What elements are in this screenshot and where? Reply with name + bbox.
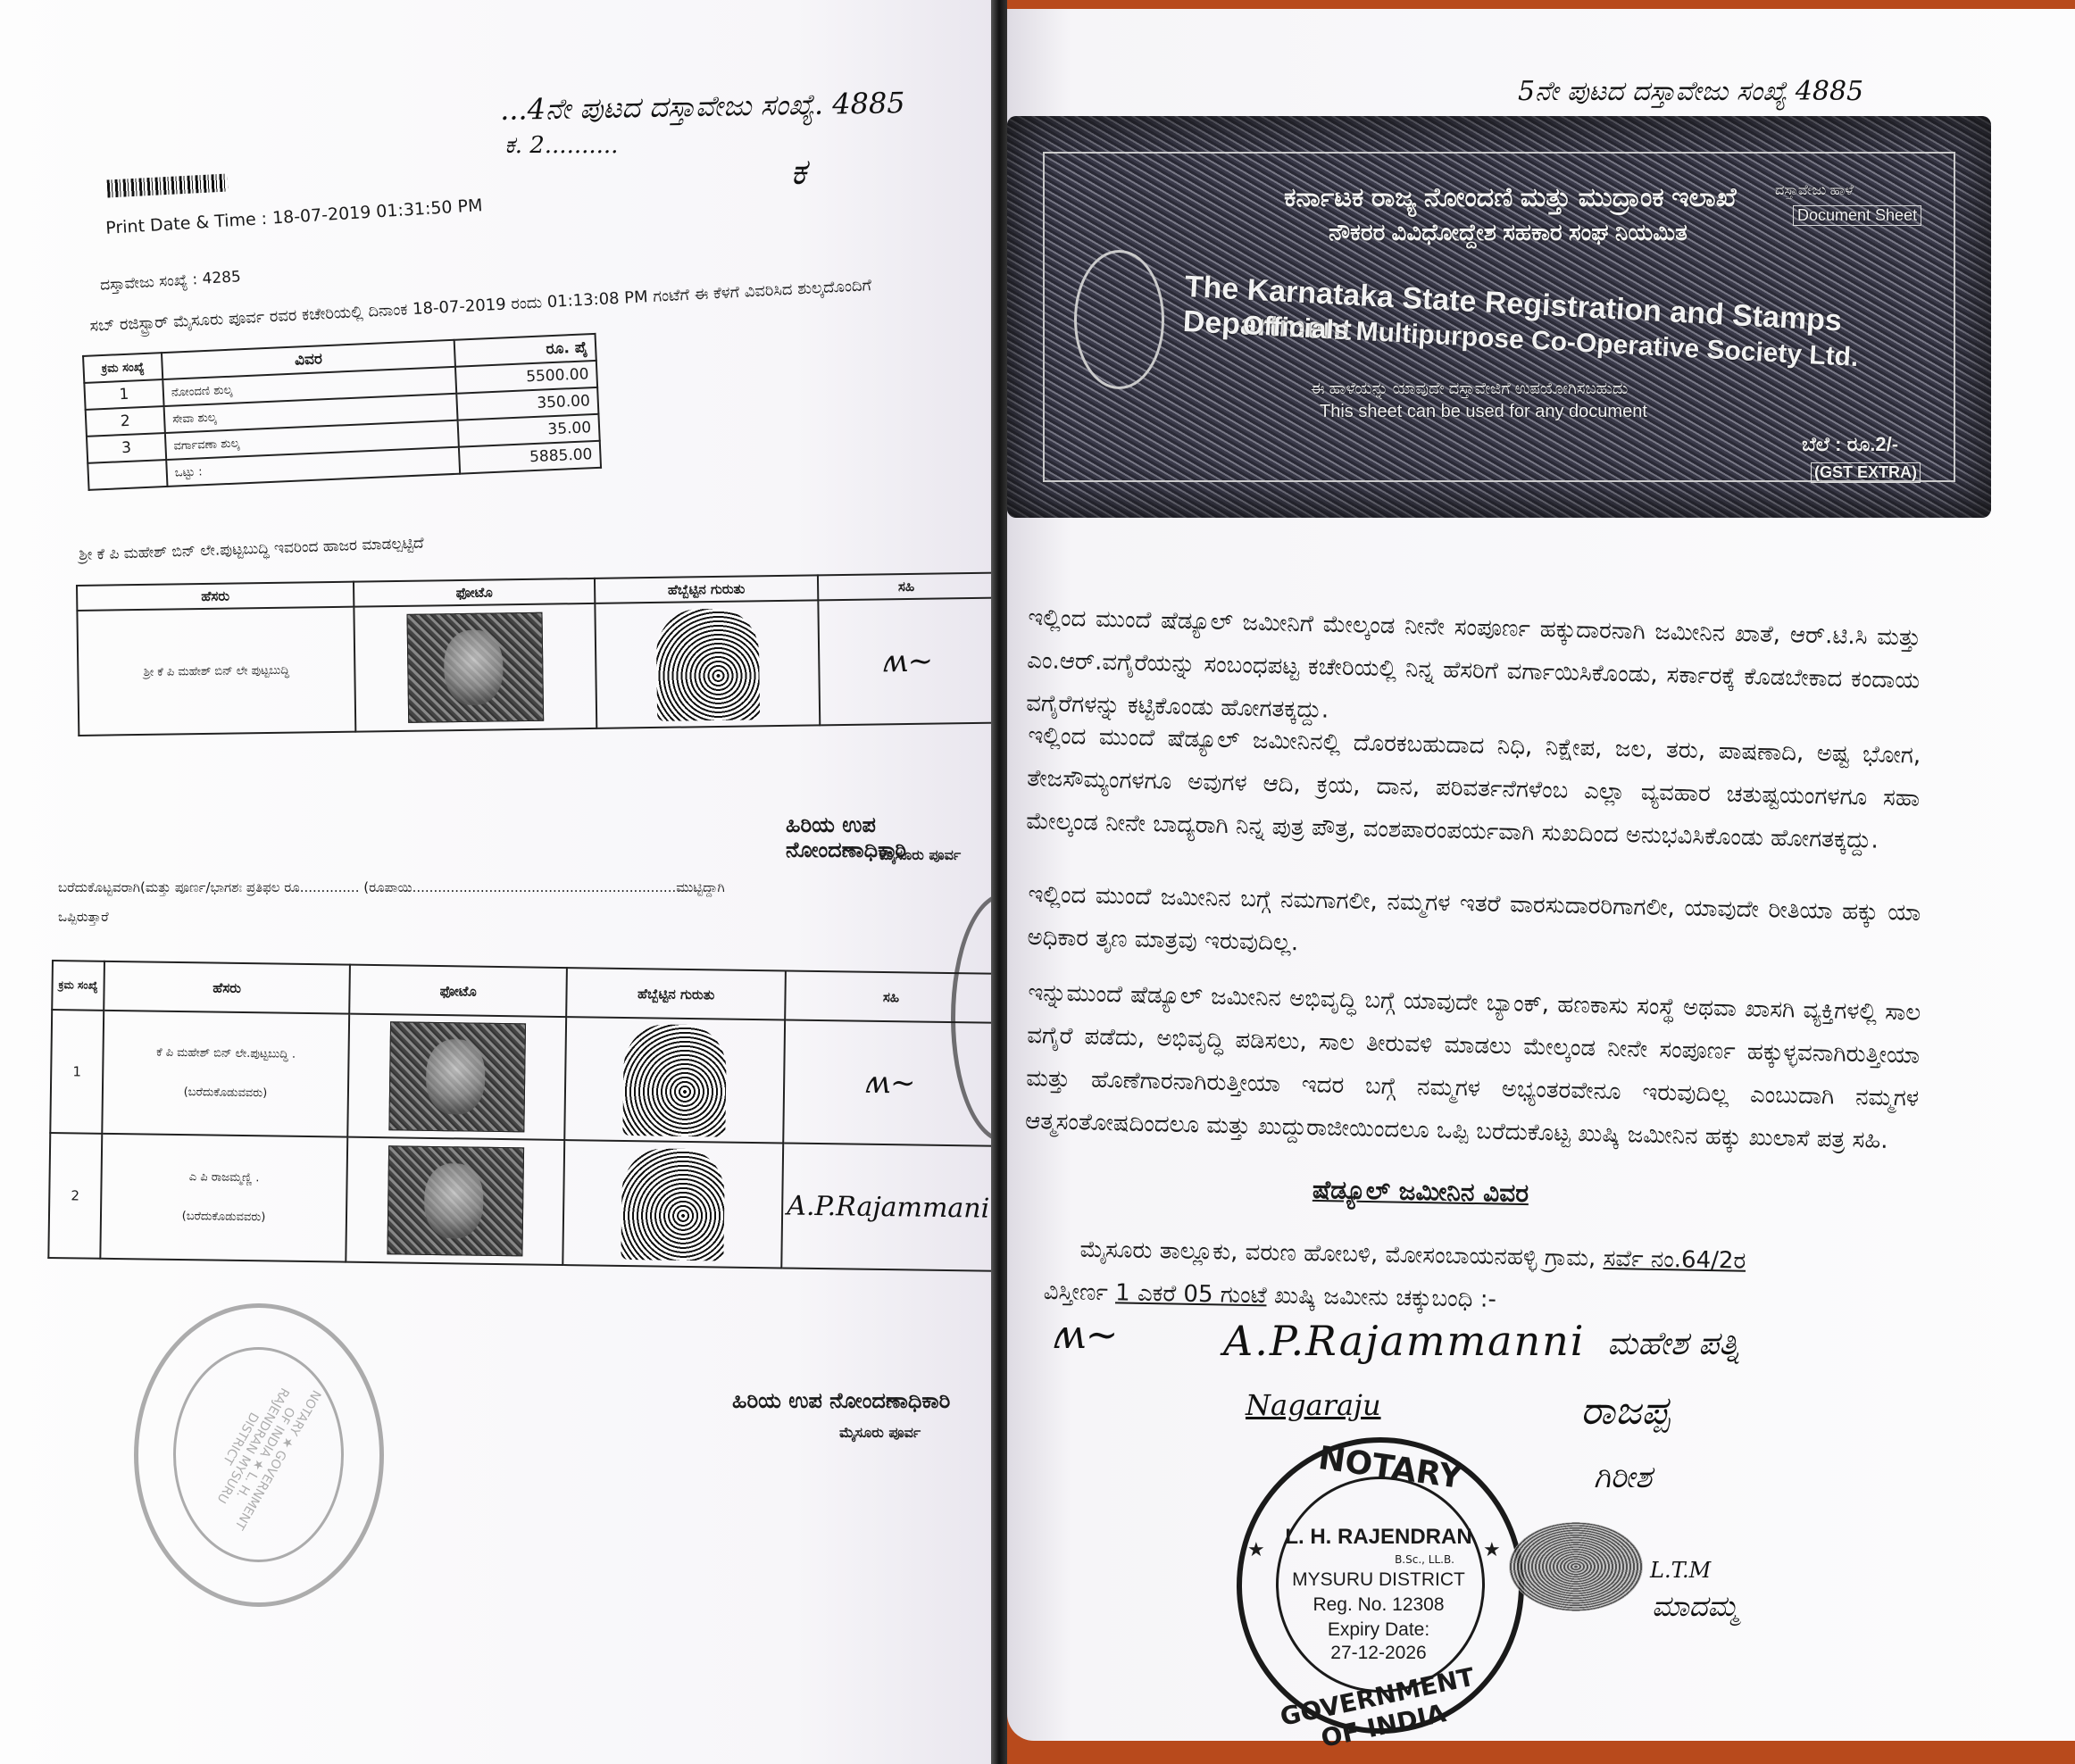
document-sheet-label: Document Sheet xyxy=(1793,205,1921,226)
officer-sign-2: ಹಿರಿಯ ಉಪ ನೋಂದಣಾಧಿಕಾರಿ xyxy=(732,1388,950,1413)
star-icon: ★ xyxy=(1247,1539,1265,1561)
notary-reg-no: Reg. No. 12308 xyxy=(1285,1594,1472,1616)
executant-signature: A.P.Rajammani xyxy=(781,1143,995,1270)
ltm-name: ಮಾದಮ್ಮ xyxy=(1652,1589,1738,1624)
thumbprint-icon xyxy=(1509,1522,1643,1611)
executant-row: 2 ಎ ಪಿ ರಾಜಮ್ಮಣ್ಣಿ . (ಬರೆದುಕೊಡುವವರು) A.P.… xyxy=(48,1133,995,1271)
land-area: 1 ಎಕರೆ 05 ಗುಂಟೆ xyxy=(1115,1279,1267,1309)
executant-row: 1 ಕೆ ಪಿ ಮಹೇಶ್ ಬಿನ್ ಲೇ.ಪುಟ್ಟಬುದ್ಧಿ . (ಬರೆ… xyxy=(50,1010,996,1146)
paragraph-4: ಇನ್ನುಮುಂದೆ ಷೆಡ್ಯೂಲ್ ಜಮೀನಿನ ಅಭಿವೃದ್ಧಿ ಬಗ್… xyxy=(1025,971,1921,1163)
paragraph-2: ಇಲ್ಲಿಂದ ಮುಂದೆ ಷೆಡ್ಯೂಲ್ ಜಮೀನಿನಲ್ಲಿ ದೊರಕಬಹ… xyxy=(1026,714,1921,863)
thumbprint-icon xyxy=(655,608,760,721)
notary-seal-faint: NOTARY ★ GOVERNMENT OF INDIA ★ L. H. RAJ… xyxy=(134,1303,384,1607)
star-icon: ★ xyxy=(1483,1539,1501,1561)
presenter-photo xyxy=(406,612,544,723)
stamp-paper: ಕರ್ನಾಟಕ ರಾಜ್ಯ ನೋಂದಣಿ ಮತ್ತು ಮುದ್ರಾಂಕ ಇಲಾಖ… xyxy=(1007,116,1991,518)
document-number: ದಸ್ತಾವೇಜು ಸಂಖ್ಯೆ : 4285 xyxy=(100,268,242,295)
presenter-table: ಹೆಸರು ಫೋಟೊ ಹೆಬ್ಬೆಟ್ಟಿನ ಗುರುತು ಸಹಿ ಶ್ರೀ ಕ… xyxy=(76,572,997,736)
barcode xyxy=(107,173,229,197)
executant-photo xyxy=(387,1145,524,1256)
executant-table: ಕ್ರಮ ಸಂಖ್ಯೆ ಹೆಸರು ಫೋಟೊ ಹೆಬ್ಬೆಟ್ಟಿನ ಗುರುತ… xyxy=(47,960,998,1272)
survey-number: ಸರ್ವೆ ನಂ.64/2ರ xyxy=(1603,1245,1746,1275)
gst-extra: (GST EXTRA) xyxy=(1811,462,1921,483)
schedule-text: ಮೈಸೂರು ತಾಲ್ಲೂಕು, ವರುಣ ಹೋಬಳಿ, ಮೋಸಂಬಾಯನಹಳ್… xyxy=(1043,1227,1929,1328)
executant-photo xyxy=(388,1021,526,1132)
notary-name: L. H. RAJENDRAN xyxy=(1285,1525,1472,1550)
thumbprint-icon xyxy=(621,1147,726,1261)
witness-2-signature: ರಾಜಪ್ಪ xyxy=(1580,1388,1670,1434)
handwritten-sub: ಕ. 2.......... xyxy=(504,132,618,160)
witness-1-signature: Nagaraju xyxy=(1246,1388,1381,1422)
consideration-line-2: ಒಪ್ಪಿರುತ್ತಾರೆ xyxy=(58,909,109,925)
signature-mahesh: ʍ~ xyxy=(1052,1312,1119,1358)
officer-place-2: ಮೈಸೂರು ಪೂರ್ವ xyxy=(839,1424,921,1442)
presenter-row: ಶ್ರೀ ಕೆ ಪಿ ಮಹೇಶ್ ಬಿನ್ ಲೇ ಪುಟ್ಟಬುದ್ಧಿ ʍ~ xyxy=(77,598,996,736)
notary-seal: NOTARY ★ ★ L. H. RAJENDRAN B.Sc., LL.B. … xyxy=(1237,1437,1524,1734)
stamp-price: ಬೆಲೆ : ರೂ.2/- xyxy=(1802,433,1898,456)
print-datetime: Print Date & Time : 18-07-2019 01:31:50 … xyxy=(105,196,483,238)
stamp-usage-en: This sheet can be used for any document xyxy=(1320,402,1647,422)
consideration-line: ಬರೆದುಕೊಟ್ಟವರಾಗಿ(ಮತ್ತು ಪೂರ್ಣ/ಭಾಗಶಃ ಪ್ರತಿಫ… xyxy=(58,879,725,895)
executant-table-wrap: ಕ್ರಮ ಸಂಖ್ಯೆ ಹೆಸರು ಫೋಟೊ ಹೆಬ್ಬೆಟ್ಟಿನ ಗುರುತ… xyxy=(47,960,998,1272)
fee-table-wrap: ಕ್ರಮ ಸಂಖ್ಯೆ ವಿವರ ರೂ. ಪೈ 1 ನೋಂದಣಿ ಶುಲ್ಕ 5… xyxy=(82,333,602,491)
handwritten-page-header-right: 5ನೇ ಪುಟದ ದಸ್ತಾವೇಜು ಸಂಖ್ಯೆ 4885 xyxy=(1518,76,1863,107)
handwritten-page-header: ...4ನೇ ಪುಟದ ದಸ್ತಾವೇಜು ಸಂಖ್ಯೆ. 4885 xyxy=(500,86,905,128)
officer-place-1: ಮೈಸೂರು ಪೂರ್ವ xyxy=(879,846,961,864)
thumbprint-icon xyxy=(623,1023,728,1136)
book-gutter xyxy=(991,0,1007,1764)
presenter-signature: ʍ~ xyxy=(818,598,996,726)
handwritten-initial: ಕ xyxy=(790,152,806,193)
schedule-heading: ಷೆಡ್ಯೂಲ್ ಜಮೀನಿನ ವಿವರ xyxy=(1312,1175,1529,1209)
left-page: ...4ನೇ ಪುಟದ ದಸ್ತಾವೇಜು ಸಂಖ್ಯೆ. 4885 ಕ. 2.… xyxy=(0,0,993,1764)
fee-table: ಕ್ರಮ ಸಂಖ್ಯೆ ವಿವರ ರೂ. ಪೈ 1 ನೋಂದಣಿ ಶುಲ್ಕ 5… xyxy=(82,333,602,491)
signature-rajammanni-kn: ಮಹೇಶ ಪತ್ನಿ xyxy=(1607,1326,1740,1363)
presented-by: ಶ್ರೀ ಕೆ ಪಿ ಮಹೇಶ್ ಬಿನ್ ಲೇ.ಪುಟ್ಟಬುದ್ಧಿ ಇವರ… xyxy=(79,535,424,564)
signature-rajammanni: A.P.Rajammanni xyxy=(1223,1317,1586,1365)
emblem-icon xyxy=(1074,250,1164,389)
notary-expiry-date: 27-12-2026 xyxy=(1285,1643,1472,1664)
ltm-label: L.T.M xyxy=(1650,1558,1711,1583)
witness-3-signature: ಗಿರೀಶ xyxy=(1594,1460,1652,1495)
presenter-table-wrap: ಹೆಸರು ಫೋಟೊ ಹೆಬ್ಬೆಟ್ಟಿನ ಗುರುತು ಸಹಿ ಶ್ರೀ ಕ… xyxy=(76,572,997,736)
fee-col-no: ಕ್ರಮ ಸಂಖ್ಯೆ xyxy=(83,353,162,383)
